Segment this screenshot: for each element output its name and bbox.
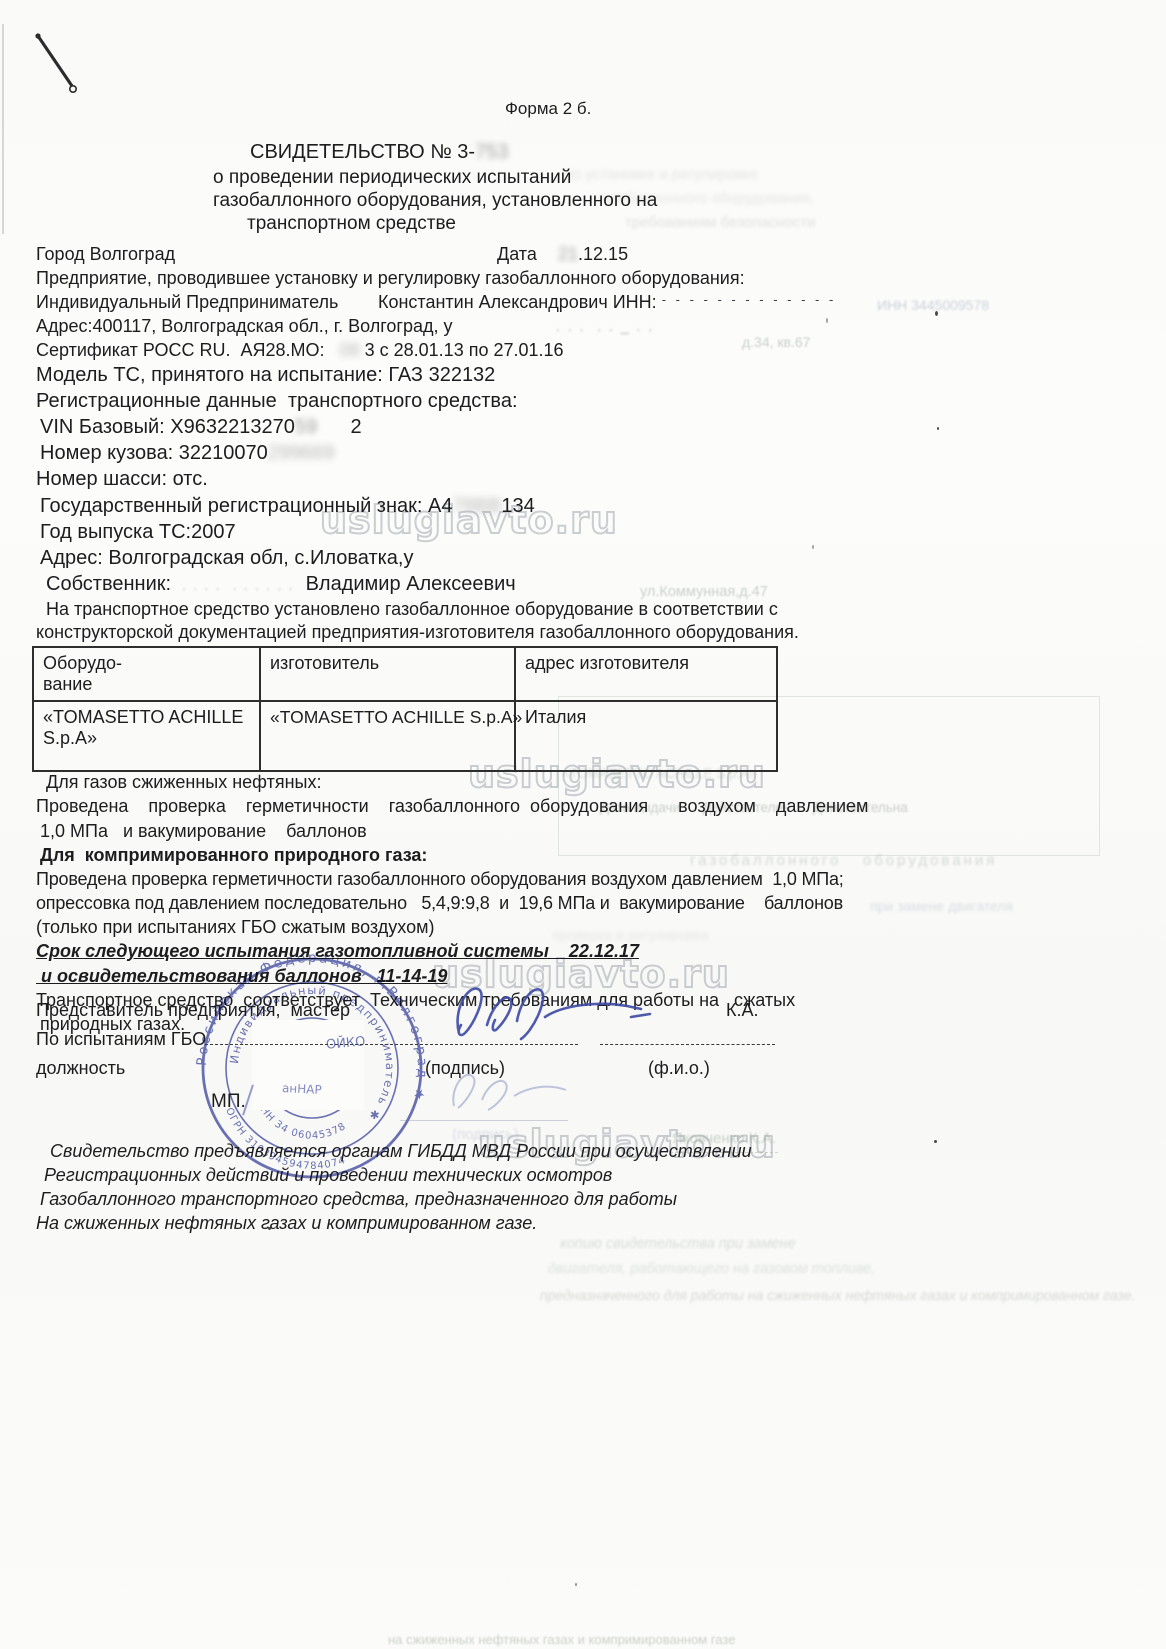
form-label: Форма 2 б. (505, 99, 591, 119)
ghost-text: газобаллонного оборудования (690, 852, 997, 869)
ghost-text: ул.Коммунная,д.47 (640, 584, 768, 600)
plate-redacted: 78ВВ (452, 495, 501, 517)
address-line: Адрес:400117, Волгоградская обл., г. Вол… (36, 316, 452, 338)
body-label: Номер кузова: 32210070 (40, 442, 268, 464)
owner-redacted: . . . . . . . . . . (182, 578, 294, 593)
owner-name: Владимир Алексеевич (306, 573, 516, 595)
speck (812, 545, 814, 549)
speck (934, 1140, 937, 1143)
fio-caption: (ф.и.о.) (648, 1058, 710, 1080)
body-redacted: 299669 (268, 442, 335, 464)
vin-line: VIN Базовый: X963221327059 2 (40, 415, 362, 439)
cert-line: Сертификат РОСС RU. АЯ28.МО: 08 3 с 28.0… (36, 340, 564, 362)
table-cell-equipment: «TOMASETTO ACHILLE S.p.A» (33, 701, 260, 771)
ghost-text: по установке и регулировке (565, 166, 758, 183)
lpg-title: Для газов сжиженных нефтяных: (46, 772, 321, 794)
date-day-redacted: 21 (558, 244, 578, 264)
vin-label: VIN Базовый: X9632213270 (40, 416, 295, 438)
org-type: Индивидуальный Предприниматель (36, 292, 338, 314)
owner-label: Собственник: (46, 573, 171, 595)
scanned-certificate-page: uslugiavto.ru uslugiavto.ru uslugiavto.r… (0, 0, 1166, 1649)
handwritten-signature (445, 975, 660, 1053)
installed-line-1: На транспортное средство установлено газ… (46, 599, 778, 621)
reg-data-line: Регистрационные данные транспортного сре… (36, 389, 518, 413)
lpg-line-2: 1,0 МПа и вакумирование баллонов (40, 821, 367, 843)
owner-line: Собственник: . . . . . . . . . . Владими… (46, 572, 516, 596)
lpg-line-1: Проведена проверка герметичности газобал… (36, 796, 868, 818)
org-line: Предприятие, проводившее установку и рег… (36, 268, 745, 290)
mp-label: МП. (211, 1091, 246, 1114)
vin-tail: 2 (350, 416, 361, 438)
installed-line-2: конструкторской документацией предприяти… (36, 622, 799, 644)
date-value: 21.12.15 (558, 244, 628, 266)
faint-signature-line (400, 1120, 568, 1121)
scan-edge-line (2, 24, 4, 234)
ghost-text: на сжиженных нефтяных газах и компримиро… (388, 1632, 735, 1647)
cert-a: Сертификат РОСС RU. АЯ28.МО: (36, 340, 325, 360)
stamp-center-redaction (252, 1020, 364, 1110)
plate-label: Государственный регистрационный знак: А4 (40, 495, 452, 517)
ghost-text: предназначенного для работы на сжиженных… (540, 1287, 1135, 1303)
table-cell-address: Италия (515, 701, 777, 771)
vin-redacted: 59 (295, 416, 317, 438)
ghost-text: требованиям безопасности (625, 214, 816, 231)
body-number-line: Номер кузова: 32210070299669 (40, 441, 335, 465)
owner-address-line: Адрес: Волгоградская обл, с.Иловатка,у (40, 546, 413, 570)
cert-b: 3 с 28.01.13 по 27.01.16 (365, 340, 564, 360)
chassis-line: Номер шасси: отс. (36, 467, 208, 491)
inn-redaction: - - - - - - - - - - - - - (662, 292, 837, 307)
ghost-text: двигателя, работающего на газовом топлив… (548, 1261, 875, 1277)
address-redaction-dots: . . . . . _ . . (556, 318, 654, 335)
pen-scratch-mark (28, 28, 88, 103)
plate-tail: 134 (501, 495, 534, 517)
org-name: Константин Александрович ИНН: (378, 292, 657, 312)
city: Город Волгоград (36, 244, 175, 266)
footer-line-2: Регистрационных действий и проведении те… (44, 1165, 612, 1187)
gbo-tests-line: По испытаниям ГБО (36, 1029, 206, 1051)
table-header-equipment: Оборудо-вание (33, 647, 260, 701)
speck (937, 427, 939, 430)
title-line-3: газобаллонного оборудования, установленн… (213, 190, 657, 213)
speck (826, 318, 828, 323)
title-line-2: о проведении периодических испытаний (213, 167, 571, 190)
footer-line-1: Свидетельство предъявляется органам ГИБД… (50, 1141, 752, 1163)
table-cell-manufacturer: «TOMASETTO ACHILLE S.p.A» (260, 701, 515, 771)
speck (575, 1583, 577, 1586)
faint-second-signature (438, 1062, 573, 1120)
stamp-fragment-2: анНАР (282, 1081, 322, 1097)
title-line-4: транспортном средстве (247, 213, 456, 236)
cng-line-2: опрессовка под давлением последовательно… (36, 893, 843, 915)
org-name-row: Константин Александрович ИНН: - - - - - … (378, 292, 836, 314)
ghost-text: копию свидетельства при замене (560, 1236, 796, 1252)
table-header-manufacturer: изготовитель (260, 647, 515, 701)
representative-line: Представитель предприятия, мастер (36, 1000, 350, 1022)
title-number-redacted: 753 (475, 141, 508, 163)
ghost-text: д.34, кв.67 (742, 334, 810, 350)
position-label: должность (36, 1058, 125, 1080)
table-header-address: адрес изготовителя (515, 647, 777, 701)
title-line-1: СВИДЕТЕЛЬСТВО № 3-753 (250, 140, 508, 164)
ghost-text: ИНН 3445009578 (877, 297, 989, 313)
footer-line-4: На сжиженных нефтяных газах и компримиро… (36, 1213, 537, 1235)
date-label: Дата (497, 244, 537, 266)
title-text: СВИДЕТЕЛЬСТВО № 3- (250, 141, 475, 163)
plate-line: Государственный регистрационный знак: А4… (40, 494, 535, 518)
date-rest: .12.15 (578, 244, 628, 264)
ghost-text: при замене двигателя (870, 898, 1013, 914)
cng-title: Для компримированного природного газа: (40, 845, 427, 867)
model-line: Модель ТС, принятого на испытание: ГАЗ 3… (36, 363, 495, 387)
header-equipment-line2: вание (43, 674, 250, 695)
cert-redacted: 08 (340, 340, 360, 360)
header-equipment-line1: Оборудо- (43, 653, 250, 674)
year-line: Год выпуска ТС:2007 (40, 520, 236, 544)
initials: К.А. (726, 1000, 759, 1022)
footer-line-3: Газобаллонного транспортного средства, п… (40, 1189, 677, 1211)
equipment-table: Оборудо-вание изготовитель адрес изготов… (32, 646, 778, 772)
cng-line-1: Проведена проверка герметичности газобал… (36, 869, 844, 891)
